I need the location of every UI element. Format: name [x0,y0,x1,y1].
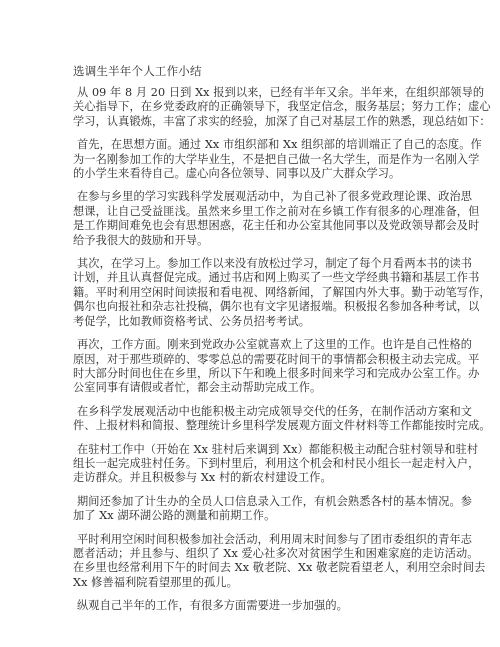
document-page: 选调生半年个人工作小结 从 09 年 8 月 20 日到 Xx 报到以来，已经有… [73,64,425,623]
text-line: 加了 Xx 湖环湖公路的测量和前期工作。 [73,509,425,523]
text-line: 的小学生来看待自己。虚心向各位领导、同事以及广大群众学习。 [73,167,425,181]
text-line: 在参与乡里的学习实践科学发展观活动中，为自己补了很多党政理论课、政治思 [73,190,425,204]
text-line: 是工作期间难免也会有思想困惑，花主任和办公室其他同事以及党政领导都会及时 [73,219,425,233]
text-line: 愿者活动；并且参与、组织了 Xx 爱心社多次对贫困学生和困难家庭的走访活动。 [73,547,425,561]
text-line: 学习，认真锻炼，丰富了求实的经验，加深了自己对基层工作的熟悉，现总结如下： [73,115,425,129]
text-line: Xx 修善福利院看望那里的孤儿。 [73,576,425,590]
paragraph-census: 期间还参加了计生办的全员人口信息录入工作，有机会熟悉各村的基本情况。参 加了 X… [73,495,425,524]
text-line: 在驻村工作中（开始在 Xx 驻村后来调到 Xx）都能积极主动配合驻村领导和驻村 [73,443,425,457]
paragraph-science-development: 在乡科学发展观活动中也能积极主动完成领导交代的任务，在制作活动方案和文 件、上报… [73,405,425,434]
paragraph-conclusion: 纵观自己半年的工作，有很多方面需要进一步加强的。 [73,599,425,613]
text-line: 关心指导下，在乡党委政府的正确领导下，我坚定信念，服务基层；努力工作；虚心 [73,100,425,114]
text-line: 计划，并且认真督促完成。通过书店和网上购买了一些文学经典书籍和基层工作书 [73,271,425,285]
text-line: 从 09 年 8 月 20 日到 Xx 报到以来，已经有半年又余。半年来，在组织… [73,86,425,100]
text-line: 在乡科学发展观活动中也能积极主动完成领导交代的任务，在制作活动方案和文 [73,405,425,419]
text-line: 再次，工作方面。刚来到党政办公室就喜欢上了这里的工作。也许是自己性格的 [73,338,425,352]
paragraph-study-practice: 在参与乡里的学习实践科学发展观活动中，为自己补了很多党政理论课、政治思 想课，让… [73,190,425,248]
text-line: 走访群众。并且积极参与 Xx 村的新农村建设工作。 [73,471,425,485]
text-line: 偶尔也向报社和杂志社投稿，偶尔也有文字见诸报端。积极报名参加各种考试，以 [73,300,425,314]
text-line: 时大部分时间也住在乡里，所以下午和晚上很多时间来学习和完成办公室工作。办 [73,367,425,381]
text-line: 公室同事有请假或者忙，都会主动帮助完成工作。 [73,381,425,395]
paragraph-village-work: 在驻村工作中（开始在 Xx 驻村后来调到 Xx）都能积极主动配合驻村领导和驻村 … [73,443,425,486]
paragraph-learning: 其次，在学习上。参加工作以来没有放松过学习，制定了每个月看两本书的读书 计划，并… [73,257,425,329]
paragraph-intro: 从 09 年 8 月 20 日到 Xx 报到以来，已经有半年又余。半年来，在组织… [73,86,425,129]
text-line: 期间还参加了计生办的全员人口信息录入工作，有机会熟悉各村的基本情况。参 [73,495,425,509]
text-line: 想课，让自己受益匪浅。虽然来乡里工作之前对在乡镇工作有很多的心理准备，但 [73,205,425,219]
text-line: 组长一起完成驻村任务。下到村里后，利用这个机会和村民小组长一起走村入户， [73,457,425,471]
paragraph-social-activities: 平时利用空闲时间积极参加社会活动，利用周末时间参与了团市委组织的青年志 愿者活动… [73,533,425,591]
text-line: 考促学，比如教师资格考试、公务员招考考试。 [73,315,425,329]
text-line: 纵观自己半年的工作，有很多方面需要进一步加强的。 [73,599,425,613]
text-line: 为一名刚参加工作的大学毕业生，不是把自己做一名大学生，而是作为一名刚入学 [73,153,425,167]
text-line: 其次，在学习上。参加工作以来没有放松过学习，制定了每个月看两本书的读书 [73,257,425,271]
text-line: 首先，在思想方面。通过 Xx 市组织部和 Xx 组织部的培训端正了自己的态度。作 [73,138,425,152]
text-line: 在乡里也经常利用下午的时间去 Xx 敬老院、Xx 敬老院看望老人，利用空余时间去 [73,561,425,575]
document-title: 选调生半年个人工作小结 [73,64,425,78]
text-line: 平时利用空闲时间积极参加社会活动，利用周末时间参与了团市委组织的青年志 [73,533,425,547]
text-line: 给予我很大的鼓励和开导。 [73,234,425,248]
text-line: 原因，对于那些琐碎的、零零总总的需要花时间干的事情都会积极主动去完成。平 [73,353,425,367]
paragraph-work: 再次，工作方面。刚来到党政办公室就喜欢上了这里的工作。也许是自己性格的 原因，对… [73,338,425,396]
text-line: 件、上报材料和简报、整理统计乡里科学发展观方面文件材料等工作都能按时完成。 [73,419,425,433]
text-line: 籍。平时利用空闲时间读报和看电视、网络新闻，了解国内外大事。勤于动笔写作， [73,286,425,300]
paragraph-ideology: 首先，在思想方面。通过 Xx 市组织部和 Xx 组织部的培训端正了自己的态度。作… [73,138,425,181]
